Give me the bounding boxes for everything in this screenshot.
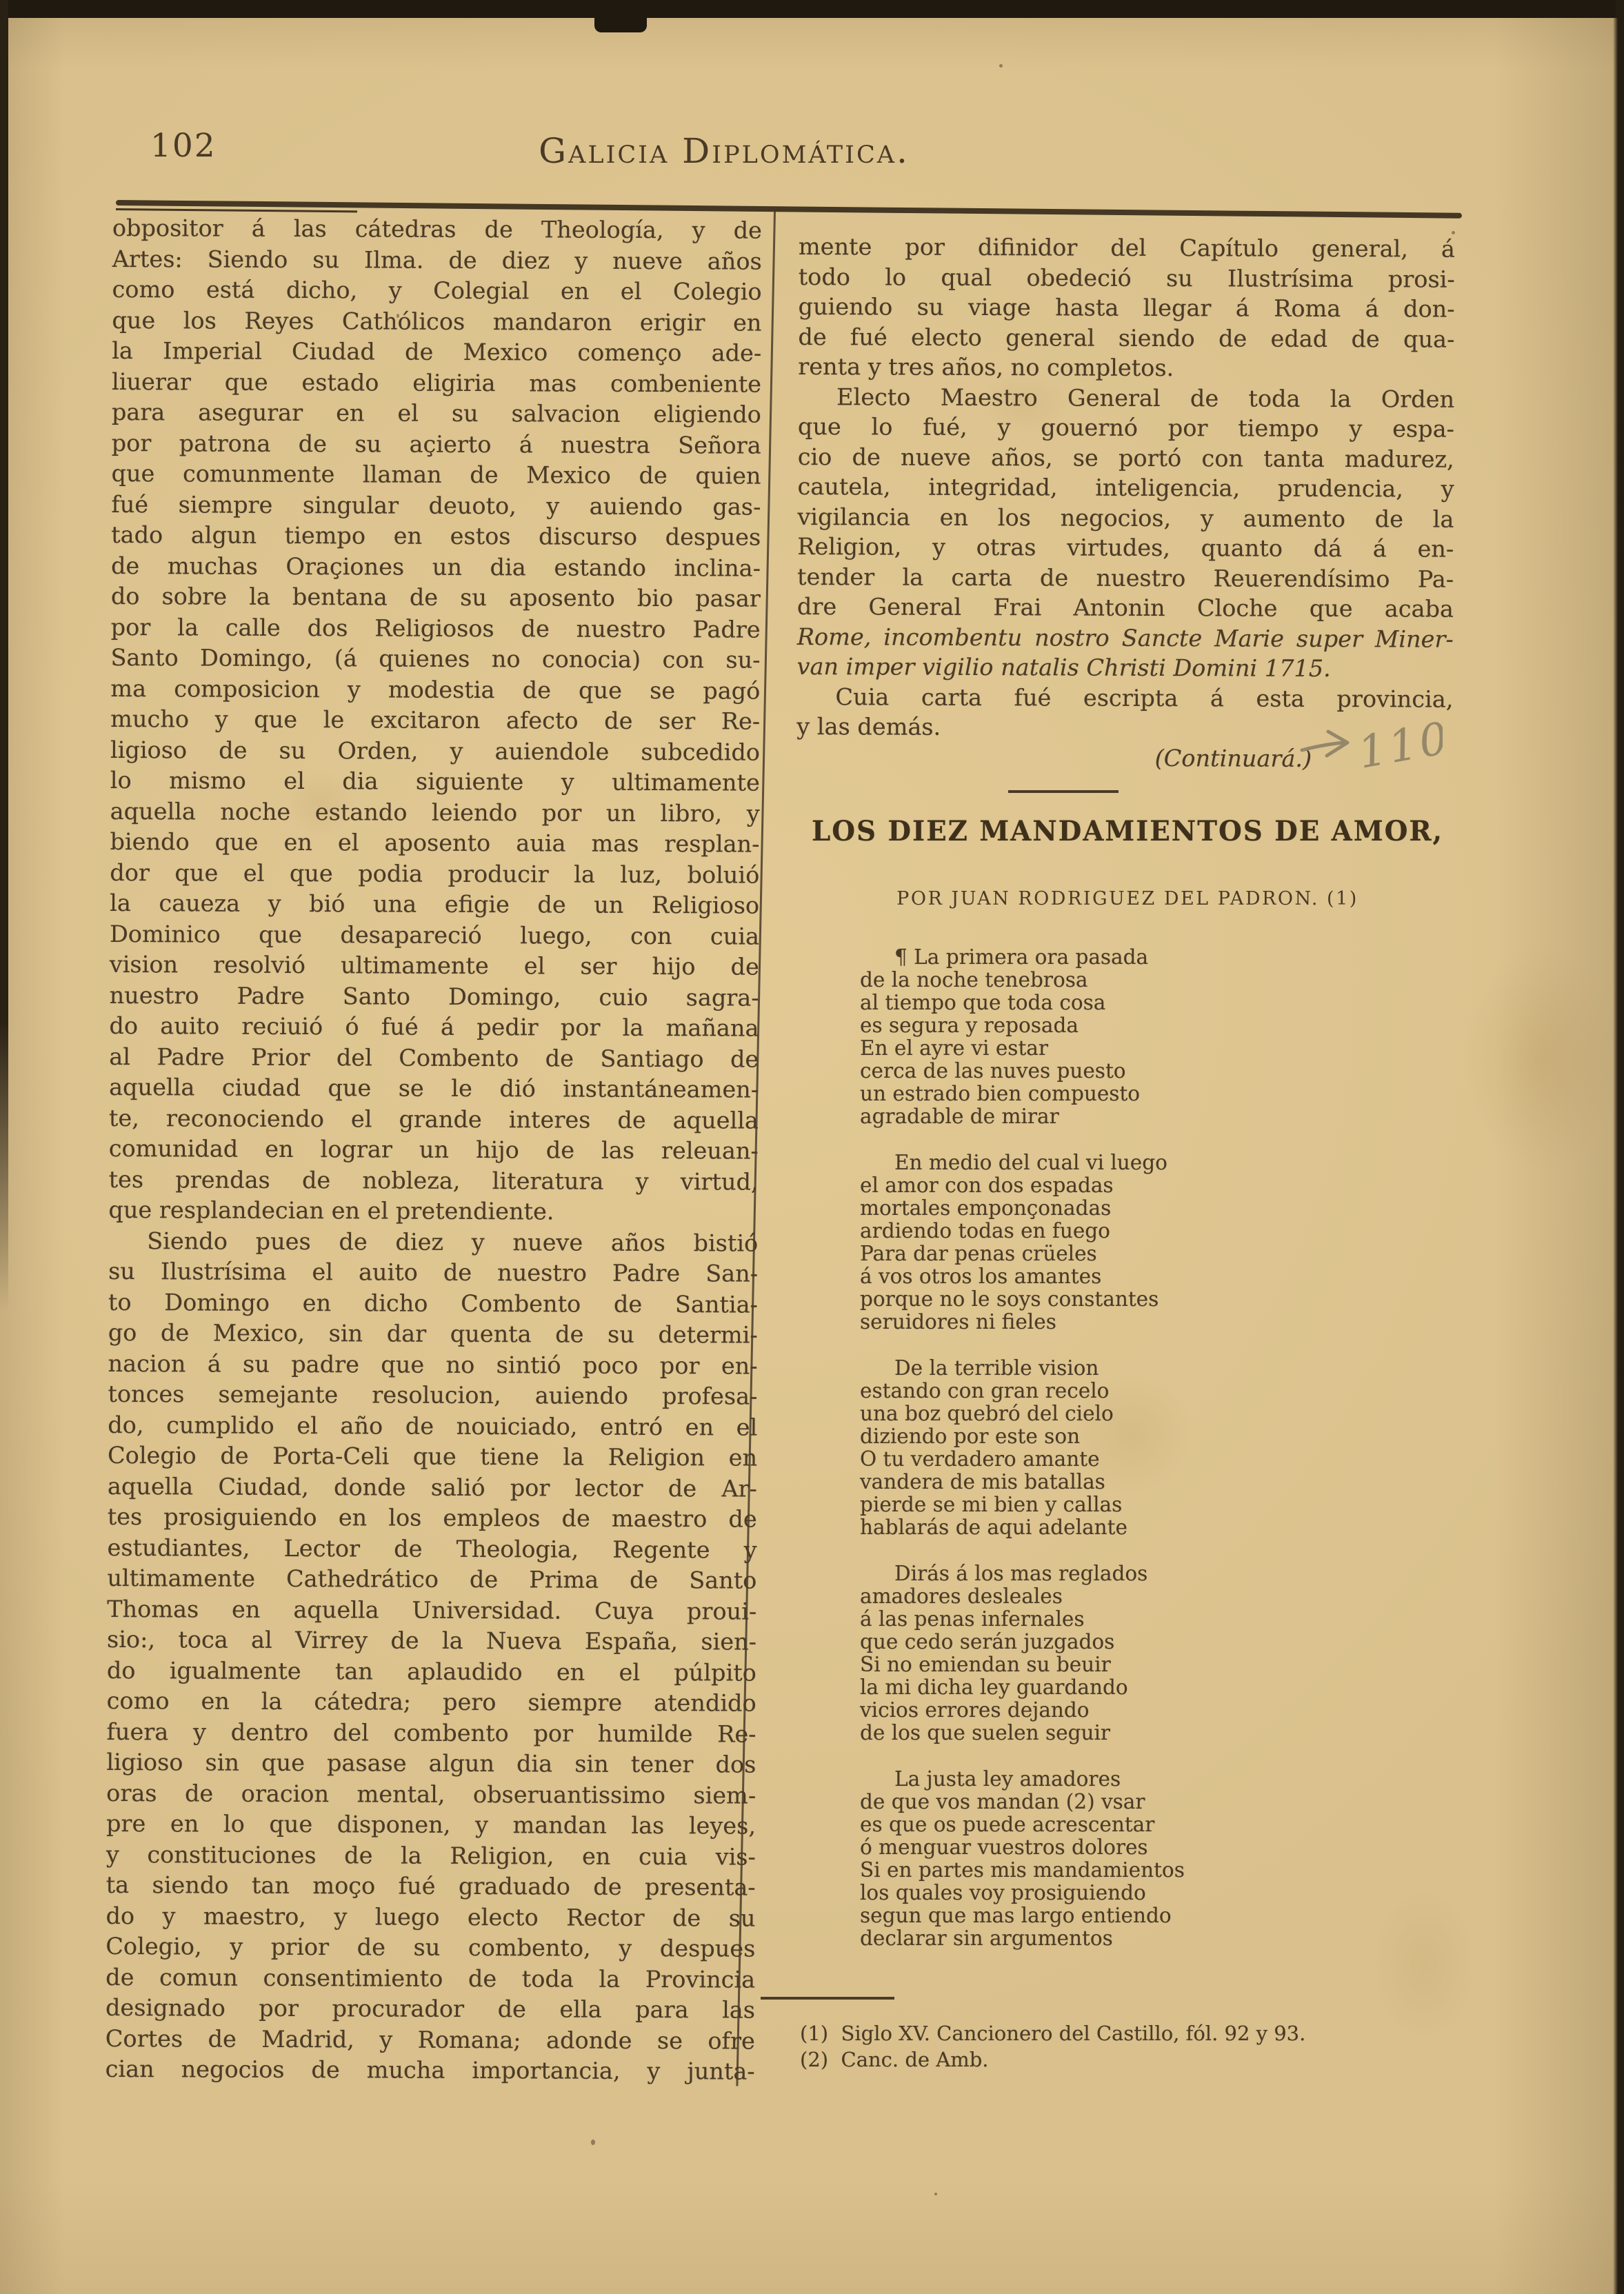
text-line: Artes: Siendo su Ilma. de diez y nueve a… bbox=[112, 243, 762, 276]
text-line: vision resolvió ultimamente el ser hijo … bbox=[110, 949, 759, 983]
text-line: de muchas Oraçiones un dia estando incli… bbox=[111, 550, 761, 583]
verse-line: Dirás á los mas reglados bbox=[860, 1562, 1425, 1585]
verse-line: el amor con dos espadas bbox=[860, 1174, 1425, 1197]
text-line: vigilancia en los negocios, y aumento de… bbox=[797, 501, 1454, 534]
text-line: ta siendo tan moço fué graduado de prese… bbox=[106, 1870, 756, 1903]
text-line: mucho y que le excitaron afecto de ser R… bbox=[110, 704, 760, 737]
text-line: obpositor á las cátedras de Theología, y… bbox=[112, 213, 762, 246]
text-line: por patrona de su açierto á nuestra Seño… bbox=[112, 427, 761, 461]
stanza: En medio del cual vi luegoel amor con do… bbox=[860, 1151, 1425, 1334]
text-line: do auito reciuió ó fué á pedir por la ma… bbox=[109, 1011, 759, 1044]
text-line: de fué electo general siendo de edad de … bbox=[798, 321, 1454, 354]
verse-line: amadores desleales bbox=[860, 1585, 1425, 1608]
verse-line: Si no emiendan su beuir bbox=[860, 1653, 1425, 1676]
text-line: te, reconociendo el grande interes de aq… bbox=[109, 1103, 759, 1136]
verse-line: pierde se mi bien y callas bbox=[860, 1493, 1425, 1516]
text-line: comunidad en lograr un hijo de las releu… bbox=[109, 1134, 759, 1167]
verse-line: al tiempo que toda cosa bbox=[860, 992, 1425, 1014]
text-line: Colegio, y prior de su combento, y despu… bbox=[106, 1931, 755, 1964]
text-line: ligioso de su Orden, y auiendole subcedi… bbox=[110, 734, 760, 767]
text-line: do sobre la bentana de su aposento bio p… bbox=[111, 581, 761, 614]
verse-line: los quales voy prosiguiendo bbox=[860, 1882, 1425, 1904]
verse-line: declarar sin argumentos bbox=[860, 1927, 1425, 1950]
verse-line: cerca de las nuves puesto bbox=[860, 1060, 1425, 1083]
text-line: Thomas en aquella Universidad. Cuya prou… bbox=[107, 1593, 756, 1627]
footnote: (2) Canc. de Amb. bbox=[800, 2046, 1476, 2073]
verse-line: vicios errores dejando bbox=[860, 1699, 1425, 1722]
text-line: la Imperial Ciudad de Mexico començo ade… bbox=[112, 336, 761, 369]
text-line: que los Reyes Cathólicos mandaron erigir… bbox=[112, 305, 761, 338]
text-line: do igualmente tan aplaudido en el púlpit… bbox=[107, 1655, 756, 1688]
text-line: oras de oracion mental, obseruantissimo … bbox=[106, 1778, 756, 1811]
text-line: van imper vigilio natalis Christi Domini… bbox=[796, 652, 1453, 684]
footnote: (1) Siglo XV. Cancionero del Castillo, f… bbox=[800, 2020, 1476, 2046]
footnote-list: (1) Siglo XV. Cancionero del Castillo, f… bbox=[800, 2020, 1476, 2073]
text-line: tado algun tiempo en estos discurso desp… bbox=[111, 520, 761, 553]
verse-line: mortales emponçonadas bbox=[860, 1197, 1425, 1220]
verse-line: Para dar penas crüeles bbox=[860, 1242, 1425, 1265]
text-line: mente por difinidor del Capítulo general… bbox=[799, 232, 1455, 264]
text-line: go de Mexico, sin dar quenta de su deter… bbox=[108, 1318, 758, 1351]
text-line: Cortes de Madrid, y Romana; adonde se of… bbox=[106, 2023, 755, 2056]
text-line: por la calle dos Religiosos de nuestro P… bbox=[111, 612, 761, 645]
paper-speck bbox=[999, 64, 1003, 68]
text-line: para asegurar en el su salvacion eligien… bbox=[112, 397, 761, 430]
text-line: su Ilustrísima el auito de nuestro Padre… bbox=[108, 1256, 758, 1289]
verse-line: á las penas infernales bbox=[860, 1608, 1425, 1631]
text-line: todo lo qual obedeció su Ilustrísima pro… bbox=[799, 261, 1455, 294]
verse-line: porque no le soys constantes bbox=[860, 1288, 1425, 1311]
article-title: LOS DIEZ MANDAMIENTOS DE AMOR, bbox=[810, 815, 1445, 847]
text-line: guiendo su viage hasta llegar á Roma á d… bbox=[798, 292, 1454, 324]
verse-line: de los que suelen seguir bbox=[860, 1722, 1425, 1744]
text-line: Electo Maestro General de toda la Orden bbox=[798, 381, 1454, 414]
scan-edge-right bbox=[1613, 0, 1624, 2294]
text-line: como está dicho, y Colegial en el Colegi… bbox=[112, 274, 761, 308]
text-line: fuera y dentro del combento por humilde … bbox=[106, 1716, 756, 1749]
text-line: dor que el que podia producir la luz, bo… bbox=[110, 857, 759, 890]
text-line: que resplandecian en el pretendiente. bbox=[108, 1195, 758, 1228]
verse-line: Si en partes mis mandamientos bbox=[860, 1859, 1425, 1882]
verse-line: que cedo serán juzgados bbox=[860, 1631, 1425, 1653]
scan-edge-top bbox=[0, 0, 1624, 18]
text-line: Colegio de Porta-Celi que tiene la Relig… bbox=[108, 1440, 757, 1473]
text-line: de comun consentimiento de toda la Provi… bbox=[106, 1962, 755, 1995]
paper-speck bbox=[934, 2193, 937, 2195]
text-line: lo mismo el dia siguiente y ultimamente bbox=[110, 765, 760, 798]
text-line: do y maestro, y luego electo Rector de s… bbox=[106, 1900, 755, 1933]
text-line: dre General Frai Antonin Cloche que acab… bbox=[797, 592, 1454, 624]
text-line: la caueza y bió una efigie de un Religio… bbox=[110, 888, 759, 921]
poem-body: ¶ La primera ora pasadade la noche teneb… bbox=[860, 946, 1425, 1950]
verse-line: segun que mas largo entiendo bbox=[860, 1904, 1425, 1927]
text-line: to Domingo en dicho Combento de Santia- bbox=[108, 1287, 758, 1320]
verse-line: es segura y reposada bbox=[860, 1014, 1425, 1037]
stanza: ¶ La primera ora pasadade la noche teneb… bbox=[860, 946, 1425, 1128]
right-arrow-icon bbox=[1302, 732, 1347, 756]
text-line: renta y tres años, no completos. bbox=[798, 352, 1454, 384]
text-line: aquella noche estando leiendo por un lib… bbox=[110, 796, 760, 829]
stanza: De la terrible visionestando con gran re… bbox=[860, 1357, 1425, 1539]
text-line: nacion á su padre que no sintió poco por… bbox=[108, 1348, 758, 1381]
handwritten-annotation: 110 bbox=[1298, 705, 1443, 787]
verse-line: O tu verdadero amante bbox=[860, 1448, 1425, 1471]
text-line: ultimamente Cathedrático de Prima de San… bbox=[107, 1563, 756, 1596]
text-line: Rome, incombentu nostro Sancte Marie sup… bbox=[797, 621, 1454, 654]
text-line: designado por procurador de ella para la… bbox=[106, 1993, 755, 2026]
text-line: aquella Ciudad, donde salió por lector d… bbox=[108, 1471, 757, 1504]
verse-line: De la terrible vision bbox=[860, 1357, 1425, 1380]
verse-line: vandera de mis batallas bbox=[860, 1471, 1425, 1493]
verse-line: de la noche tenebrosa bbox=[860, 969, 1425, 992]
footnote-rule bbox=[761, 1997, 894, 2000]
text-line: ma composicion y modestia de que se pagó bbox=[110, 673, 760, 706]
masthead-title: Galicia Diplomática. bbox=[531, 131, 917, 171]
text-line: nuestro Padre Santo Domingo, cuio sagra- bbox=[110, 980, 759, 1013]
annotation-number: 110 bbox=[1354, 713, 1443, 779]
text-line: do, cumplido el año de nouiciado, entró … bbox=[108, 1409, 757, 1442]
scan-edge-notch bbox=[594, 0, 647, 32]
text-line: que lo fué, y gouernó por tiempo y espa- bbox=[798, 412, 1454, 444]
text-line: que comunmente llaman de Mexico de quien bbox=[111, 459, 761, 492]
verse-line: es que os puede acrescentar bbox=[860, 1813, 1425, 1836]
text-line: Siendo pues de diez y nueve años bistió bbox=[108, 1225, 758, 1258]
text-line: como en la cátedra; pero siempre atendid… bbox=[107, 1686, 756, 1719]
verse-line: agradable de mirar bbox=[860, 1105, 1425, 1128]
text-line: ligioso sin que pasase algun dia sin ten… bbox=[106, 1747, 756, 1780]
text-line: biendo que en el aposento auia mas respl… bbox=[110, 827, 759, 860]
paper-speck bbox=[591, 2140, 595, 2145]
text-line: tes prosiguiendo en los empleos de maest… bbox=[108, 1502, 757, 1535]
verse-line: ó menguar vuestros dolores bbox=[860, 1836, 1425, 1859]
stanza: La justa ley amadoresde que vos mandan (… bbox=[860, 1768, 1425, 1950]
text-line: estudiantes, Lector de Theologia, Regent… bbox=[107, 1532, 756, 1565]
verse-line: La justa ley amadores bbox=[860, 1768, 1425, 1791]
text-line: Santo Domingo, (á quienes no conocia) co… bbox=[110, 643, 760, 676]
verse-line: ardiendo todas en fuego bbox=[860, 1220, 1425, 1242]
text-line: fué siempre singular deuoto, y auiendo g… bbox=[111, 489, 761, 522]
header-rule-secondary bbox=[116, 208, 357, 212]
left-column: obpositor á las cátedras de Theología, y… bbox=[106, 213, 762, 2087]
section-separator-rule bbox=[1008, 790, 1119, 793]
verse-line: diziendo por este son bbox=[860, 1425, 1425, 1448]
verse-line: hablarás de aqui adelante bbox=[860, 1516, 1425, 1539]
text-line: cian negocios de mucha importancia, y ju… bbox=[106, 2054, 755, 2087]
text-line: cio de nueve años, se portó con tanta ma… bbox=[798, 441, 1454, 474]
verse-line: la mi dicha ley guardando bbox=[860, 1676, 1425, 1699]
verse-line: un estrado bien compuesto bbox=[860, 1083, 1425, 1105]
verse-line: de que vos mandan (2) vsar bbox=[860, 1791, 1425, 1813]
text-line: liuerar que estado eligiria mas combenie… bbox=[112, 366, 761, 399]
text-line: tonces semejante resolucion, auiendo pro… bbox=[108, 1379, 757, 1412]
stanza: Dirás á los mas regladosamadores desleal… bbox=[860, 1562, 1425, 1744]
text-line: al Padre Prior del Combento de Santiago … bbox=[109, 1041, 759, 1074]
paper-stain bbox=[1462, 945, 1621, 1172]
text-line: cautela, integridad, inteligencia, prude… bbox=[797, 472, 1454, 504]
verse-line: á vos otros los amantes bbox=[860, 1265, 1425, 1288]
text-line: Dominico que desapareció luego, con cuia bbox=[110, 918, 759, 952]
article-byline: POR JUAN RODRIGUEZ DEL PADRON. (1) bbox=[800, 888, 1455, 909]
verse-line: seruidores ni fieles bbox=[860, 1311, 1425, 1334]
text-line: tender la carta de nuestro Reuerendísimo… bbox=[797, 561, 1454, 594]
text-line: tes prendas de nobleza, literatura y vir… bbox=[109, 1164, 759, 1197]
page-number: 102 bbox=[150, 127, 217, 165]
text-line: aquella ciudad que se le dió instantánea… bbox=[109, 1072, 759, 1105]
verse-line: En medio del cual vi luego bbox=[860, 1151, 1425, 1174]
scan-edge-left bbox=[0, 0, 8, 1310]
scanned-page: 102 Galicia Diplomática. obpositor á las… bbox=[0, 0, 1624, 2294]
verse-line: En el ayre vi estar bbox=[860, 1037, 1425, 1060]
right-column-prose: mente por difinidor del Capítulo general… bbox=[796, 232, 1455, 774]
verse-line: estando con gran recelo bbox=[860, 1380, 1425, 1402]
text-line: pre en lo que disponen, y mandan las ley… bbox=[106, 1809, 756, 1842]
verse-line: una boz quebró del cielo bbox=[860, 1402, 1425, 1425]
text-line: sio:, toca al Virrey de la Nueva España,… bbox=[107, 1624, 756, 1658]
verse-line: ¶ La primera ora pasada bbox=[860, 946, 1425, 969]
text-line: Religion, y otras virtudes, quanto dá á … bbox=[797, 532, 1454, 564]
text-line: y constituciones de la Religion, en cuia… bbox=[106, 1839, 756, 1872]
